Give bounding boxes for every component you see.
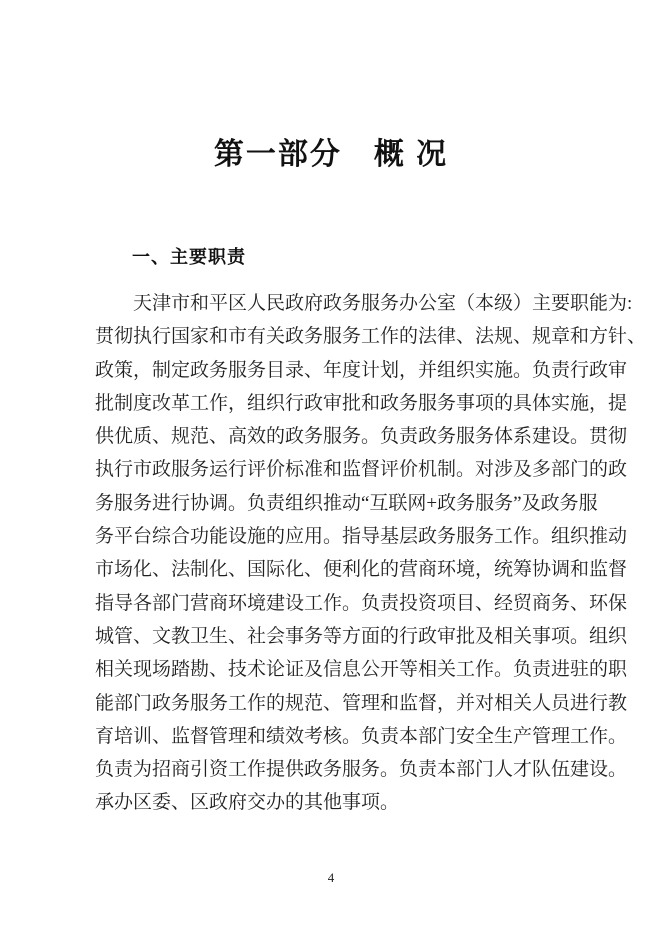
paragraph-line: 城管、文教卫生、社会事务等方面的行政审批及相关事项。组织 [95, 620, 567, 653]
paragraph-line: 务平台综合功能设施的应用。指导基层政务服务工作。组织推动 [95, 520, 567, 553]
page-number: 4 [0, 870, 662, 886]
paragraph-line: 市场化、法制化、国际化、便利化的营商环境，统筹协调和监督 [95, 553, 567, 586]
document-title: 第一部分 概 况 [0, 129, 662, 173]
main-paragraph: 天津市和平区人民政府政务服务办公室（本级）主要职能为:贯彻执行国家和市有关政务服… [95, 287, 567, 820]
paragraph-line: 能部门政务服务工作的规范、管理和监督，并对相关人员进行教 [95, 687, 567, 720]
paragraph-line: 政策，制定政务服务目录、年度计划，并组织实施。负责行政审 [95, 354, 567, 387]
paragraph-line: 供优质、规范、高效的政务服务。负责政务服务体系建设。贯彻 [95, 420, 567, 453]
paragraph-line: 天津市和平区人民政府政务服务办公室（本级）主要职能为: [95, 287, 567, 320]
paragraph-line: 承办区委、区政府交办的其他事项。 [95, 786, 567, 819]
paragraph-line: 相关现场踏勘、技术论证及信息公开等相关工作。负责进驻的职 [95, 653, 567, 686]
paragraph-line: 指导各部门营商环境建设工作。负责投资项目、经贸商务、环保 [95, 587, 567, 620]
paragraph-line: 育培训、监督管理和绩效考核。负责本部门安全生产管理工作。 [95, 720, 567, 753]
paragraph-line: 务服务进行协调。负责组织推动“互联网+政务服务”及政务服 [95, 487, 567, 520]
paragraph-line: 执行市政服务运行评价标准和监督评价机制。对涉及多部门的政 [95, 453, 567, 486]
paragraph-line: 批制度改革工作，组织行政审批和政务服务事项的具体实施，提 [95, 387, 567, 420]
section-heading: 一、主要职责 [132, 243, 246, 269]
paragraph-line: 负责为招商引资工作提供政务服务。负责本部门人才队伍建设。 [95, 753, 567, 786]
paragraph-line: 贯彻执行国家和市有关政务服务工作的法律、法规、规章和方针、 [95, 320, 567, 353]
